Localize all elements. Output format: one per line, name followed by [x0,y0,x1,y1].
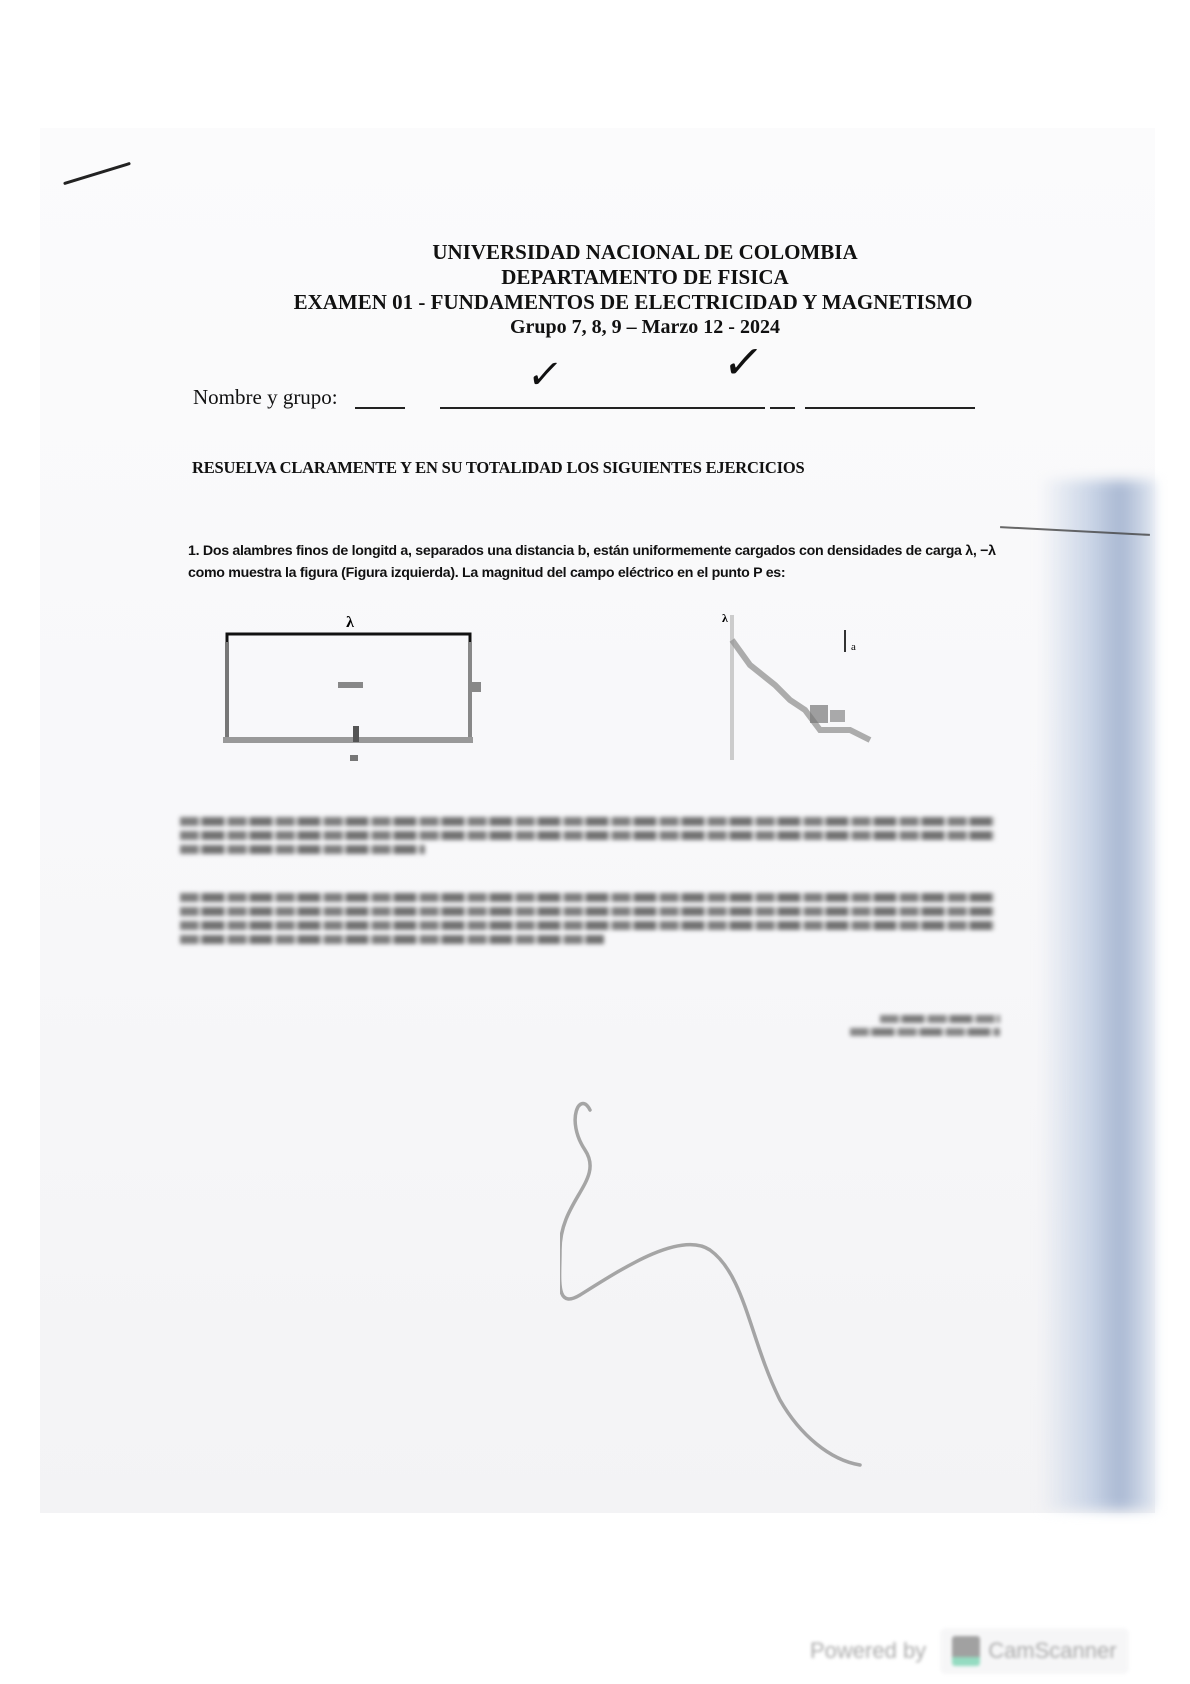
figure-label-lambda: λ [346,614,354,631]
camscanner-watermark: Powered by CamScanner [810,1628,1129,1674]
figure-left-rectangle: λ [215,612,485,762]
name-field-line[interactable] [440,407,765,409]
handwritten-squiggle [560,1080,930,1480]
figure-axis-label: λ [722,611,728,625]
problem-3-blurred [180,888,995,949]
name-field-line[interactable] [805,407,975,409]
name-field-line[interactable] [355,407,405,409]
name-field-label: Nombre y grupo: [193,385,338,410]
watermark-brand: CamScanner [988,1638,1116,1664]
professor-signature [850,1010,1000,1041]
exam-title: EXAMEN 01 - FUNDAMENTOS DE ELECTRICIDAD … [38,290,1190,315]
camscanner-logo-icon [952,1636,980,1666]
watermark-prefix: Powered by [810,1638,926,1664]
instructions: RESUELVA CLARAMENTE Y EN SU TOTALIDAD LO… [192,458,804,478]
camscanner-badge: CamScanner [940,1628,1128,1674]
figure-corner-label: a [851,641,856,653]
name-field-line[interactable] [770,407,795,409]
university-title: UNIVERSIDAD NACIONAL DE COLOMBIA [50,240,1190,265]
figure-right-graph: λ a [720,610,880,760]
problem-2-blurred [180,812,995,859]
scan-shadow [1040,480,1155,1510]
group-date: Grupo 7, 8, 9 – Marzo 12 - 2024 [50,315,1190,340]
department-title: DEPARTAMENTO DE FISICA [50,265,1190,290]
problem-text: Dos alambres finos de longitd a, separad… [188,543,996,581]
problem-1: 1. Dos alambres finos de longitd a, sepa… [188,540,1003,584]
problem-number: 1. [188,543,199,559]
